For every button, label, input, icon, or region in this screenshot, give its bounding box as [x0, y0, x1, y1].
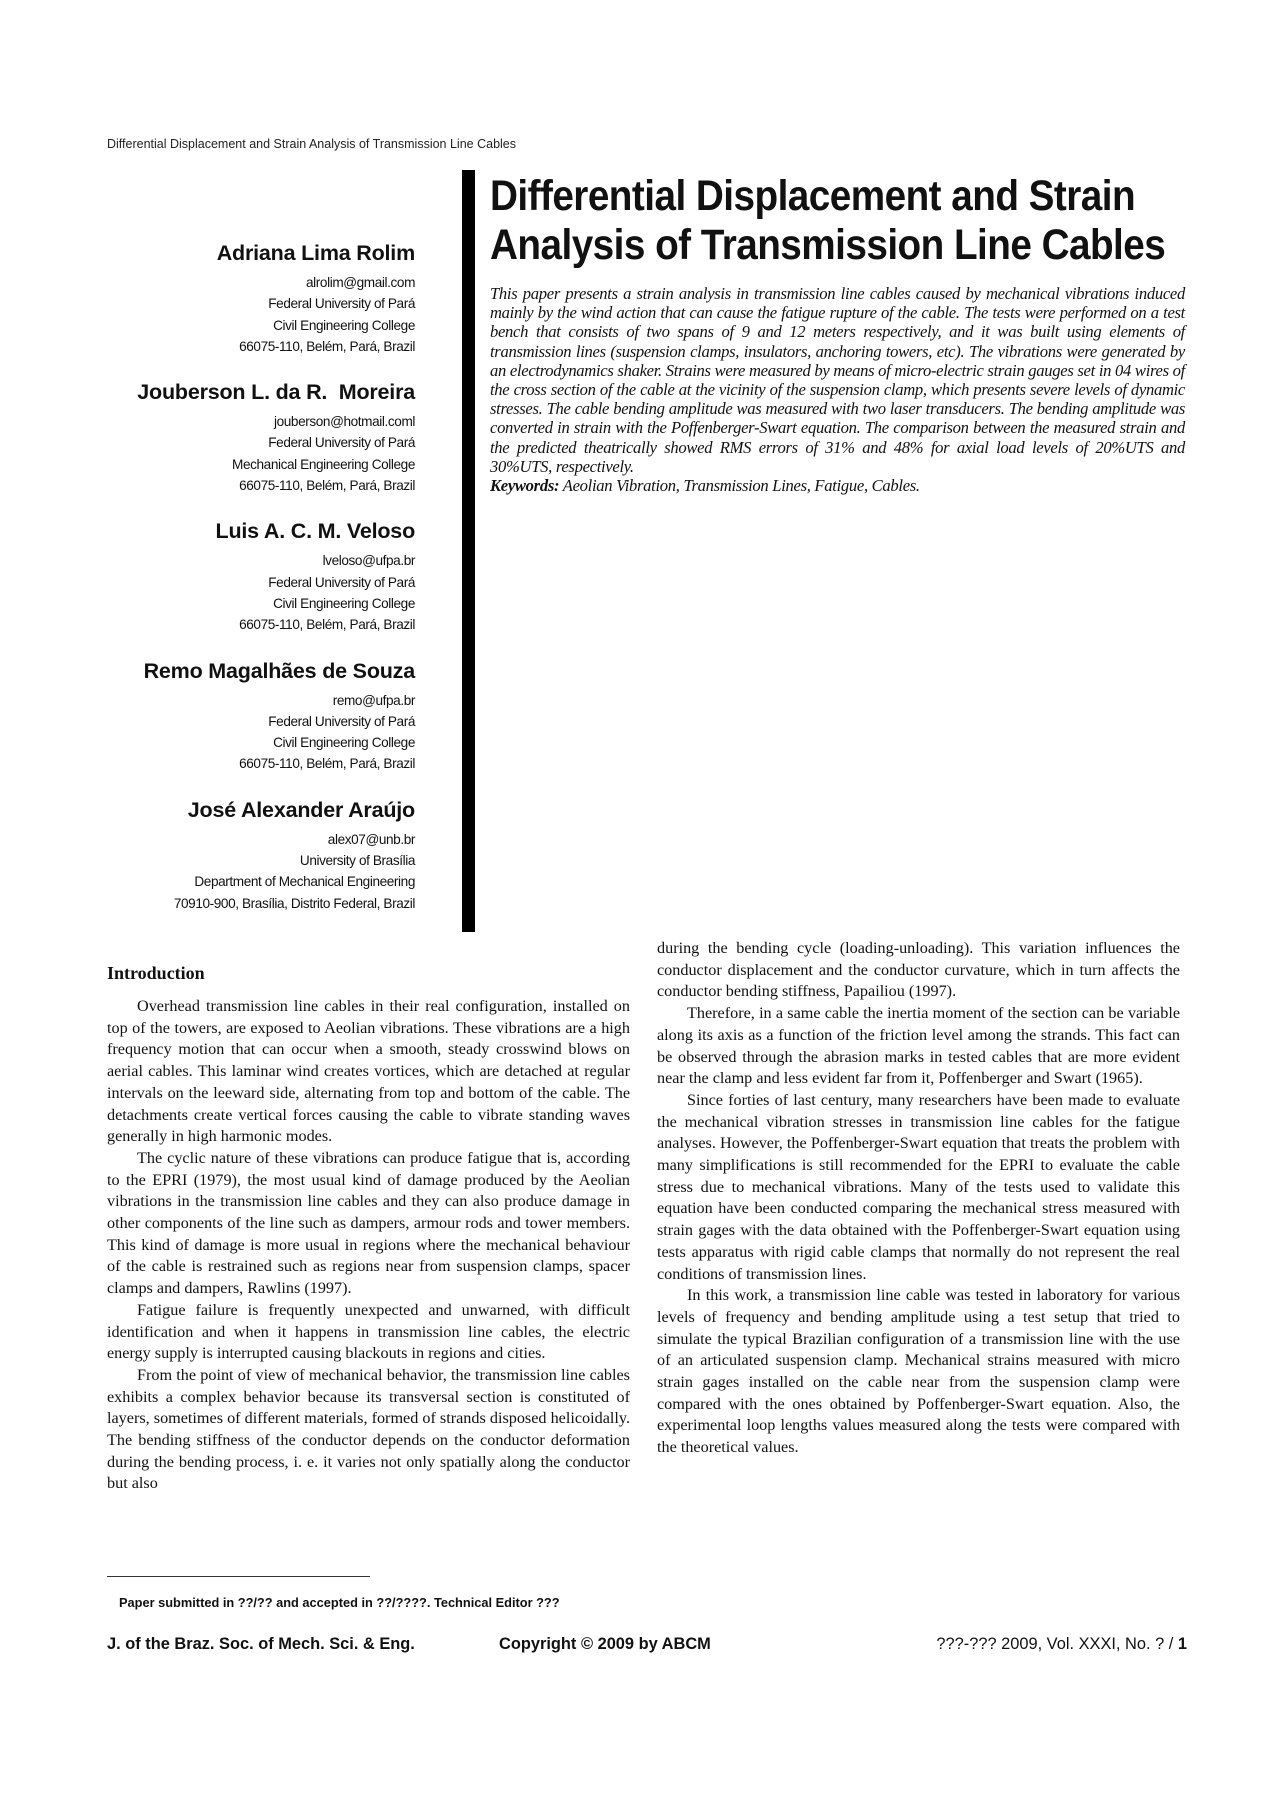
body-paragraph: From the point of view of mechanical beh…: [107, 1365, 630, 1495]
paper-title-line-1: Differential Displacement and Strain: [490, 172, 1138, 221]
keywords-list: Aeolian Vibration, Transmission Lines, F…: [559, 476, 920, 495]
page-footer: J. of the Braz. Soc. of Mech. Sci. & Eng…: [107, 1635, 1187, 1661]
author-department: Mechanical Engineering College: [100, 454, 415, 475]
body-paragraph: Fatigue failure is frequently unexpected…: [107, 1300, 630, 1365]
footnote-divider: [107, 1576, 370, 1577]
author-name: José Alexander Araújo: [100, 795, 415, 825]
footnote: Paper submitted in ??/?? and accepted in…: [119, 1595, 560, 1610]
author-name: Adriana Lima Rolim: [100, 238, 415, 268]
author-address: 70910-900, Brasília, Distrito Federal, B…: [100, 893, 415, 914]
body-paragraph: Therefore, in a same cable the inertia m…: [657, 1003, 1180, 1090]
author-email: jouberson@hotmail.coml: [100, 411, 415, 432]
author-department: Civil Engineering College: [100, 315, 415, 336]
author-address: 66075-110, Belém, Pará, Brazil: [100, 475, 415, 496]
author-email: lveloso@ufpa.br: [100, 550, 415, 571]
keywords-label: Keywords:: [490, 476, 559, 495]
author-address: 66075-110, Belém, Pará, Brazil: [100, 753, 415, 774]
author-name: Remo Magalhães de Souza: [100, 656, 415, 686]
body-column-left: Introduction Overhead transmission line …: [107, 960, 630, 1495]
body-paragraph: In this work, a transmission line cable …: [657, 1285, 1180, 1459]
author-department: Civil Engineering College: [100, 732, 415, 753]
body-paragraph: Since forties of last century, many rese…: [657, 1090, 1180, 1285]
abstract: This paper presents a strain analysis in…: [490, 284, 1185, 495]
author-name: Jouberson L. da R. Moreira: [100, 377, 415, 407]
author-email: alex07@unb.br: [100, 829, 415, 850]
author-email: alrolim@gmail.com: [100, 272, 415, 293]
author-department: Civil Engineering College: [100, 593, 415, 614]
author-block: José Alexander Araújo alex07@unb.br Univ…: [100, 795, 415, 914]
body-paragraph: during the bending cycle (loading-unload…: [657, 938, 1180, 1003]
footer-issue-text: ???-??? 2009, Vol. XXXI, No. ? /: [936, 1635, 1177, 1653]
author-name: Luis A. C. M. Veloso: [100, 516, 415, 546]
author-block: Adriana Lima Rolim alrolim@gmail.com Fed…: [100, 238, 415, 357]
footer-issue-info: ???-??? 2009, Vol. XXXI, No. ? / 1: [936, 1635, 1187, 1654]
footer-page-number: 1: [1178, 1635, 1187, 1653]
author-block: Jouberson L. da R. Moreira jouberson@hot…: [100, 377, 415, 496]
body-column-right: during the bending cycle (loading-unload…: [657, 938, 1180, 1459]
body-paragraph: The cyclic nature of these vibrations ca…: [107, 1148, 630, 1300]
author-institution: University of Brasília: [100, 850, 415, 871]
abstract-text: This paper presents a strain analysis in…: [490, 284, 1185, 476]
author-address: 66075-110, Belém, Pará, Brazil: [100, 336, 415, 357]
footer-journal-name: J. of the Braz. Soc. of Mech. Sci. & Eng…: [107, 1635, 415, 1654]
running-header: Differential Displacement and Strain Ana…: [107, 137, 516, 151]
title-accent-bar: [462, 170, 475, 932]
author-institution: Federal University of Pará: [100, 711, 415, 732]
author-department: Department of Mechanical Engineering: [100, 871, 415, 892]
paper-title: Differential Displacement and Strain Ana…: [490, 172, 1138, 270]
author-block: Luis A. C. M. Veloso lveloso@ufpa.br Fed…: [100, 516, 415, 635]
author-institution: Federal University of Pará: [100, 432, 415, 453]
author-address: 66075-110, Belém, Pará, Brazil: [100, 614, 415, 635]
author-institution: Federal University of Pará: [100, 293, 415, 314]
section-heading-introduction: Introduction: [107, 960, 630, 986]
author-list: Adriana Lima Rolim alrolim@gmail.com Fed…: [100, 238, 415, 934]
body-paragraph: Overhead transmission line cables in the…: [107, 996, 630, 1148]
footer-copyright: Copyright © 2009 by ABCM: [499, 1635, 711, 1654]
author-email: remo@ufpa.br: [100, 690, 415, 711]
paper-title-line-2: Analysis of Transmission Line Cables: [490, 221, 1138, 270]
author-block: Remo Magalhães de Souza remo@ufpa.br Fed…: [100, 656, 415, 775]
author-institution: Federal University of Pará: [100, 572, 415, 593]
